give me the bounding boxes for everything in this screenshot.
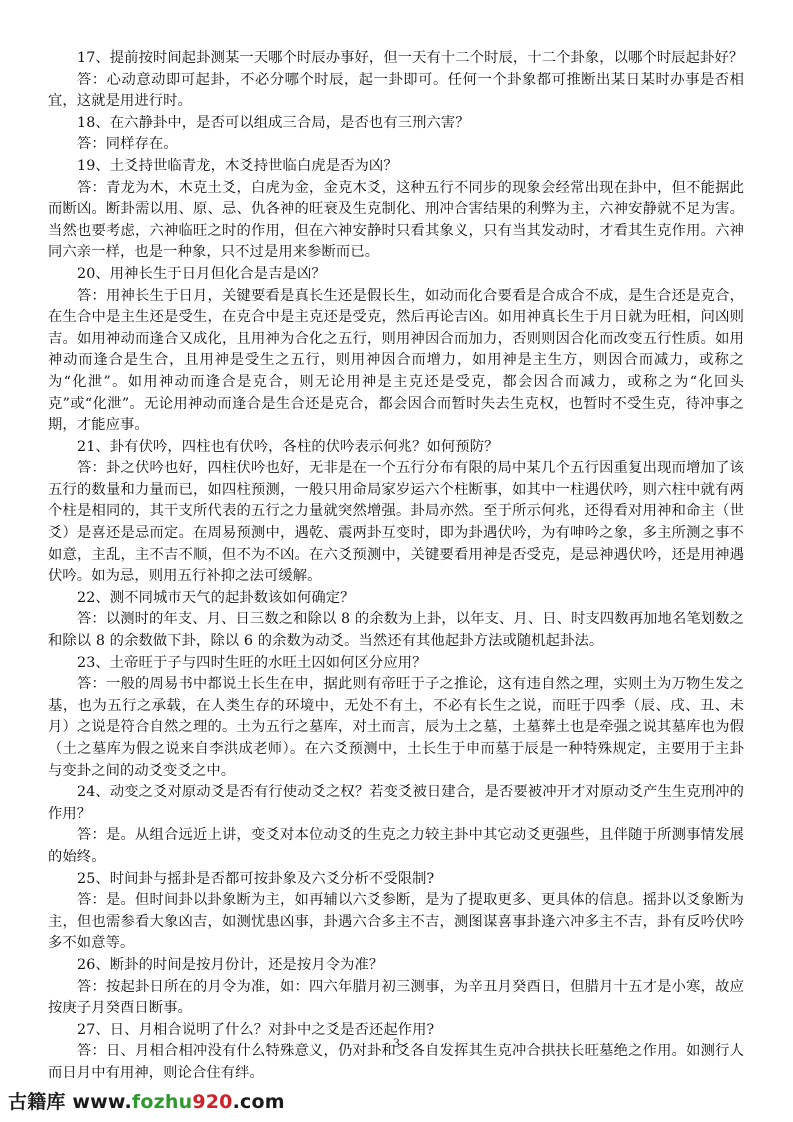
- question-20: 20、用神长生于日月但化合是吉是凶？: [48, 264, 744, 286]
- question-18: 18、在六静卦中，是否可以组成三合局，是否也有三刑六害？: [48, 113, 744, 135]
- document-page: 17、提前按时间起卦测某一天哪个时辰办事好，但一天有十二个时辰，十二个卦象，以哪…: [48, 48, 744, 1085]
- site-watermark: 古籍库 www.fozhu920.com: [8, 1087, 285, 1114]
- answer-25: 答：是。但时间卦以卦象断为主，如再辅以六爻参断，是为了提取更多、更具体的信息。摇…: [48, 890, 744, 955]
- question-23: 23、土帝旺于子与四时生旺的水旺土囚如何区分应用？: [48, 653, 744, 675]
- watermark-red-part: 920: [192, 1091, 232, 1113]
- question-21: 21、卦有伏吟，四柱也有伏吟，各柱的伏吟表示何兆？如何预防？: [48, 437, 744, 459]
- question-25: 25、时间卦与摇卦是否都可按卦象及六爻分析不受限制?: [48, 869, 744, 891]
- answer-19: 答：青龙为木，木克土爻，白虎为金，金克木爻，这种五行不同步的现象会经常出现在卦中…: [48, 178, 744, 264]
- answer-17: 答：心动意动即可起卦，不必分哪个时辰，起一卦即可。任何一个卦象都可推断出某日某时…: [48, 70, 744, 113]
- question-22: 22、测不同城市天气的起卦数该如何确定？: [48, 588, 744, 610]
- watermark-green-part: fozhu: [132, 1091, 192, 1113]
- answer-21: 答：卦之伏吟也好，四柱伏吟也好，无非是在一个五行分布有限的局中某几个五行因重复出…: [48, 458, 744, 588]
- answer-18: 答：同样存在。: [48, 134, 744, 156]
- watermark-prefix: 古籍库 www.: [8, 1091, 132, 1113]
- answer-24: 答：是。从组合远近上讲，变爻对本位动爻的生克之力较主卦中其它动爻更强些，且伴随于…: [48, 825, 744, 868]
- answer-23: 答：一般的周易书中都说土长生在申，据此则有帝旺于子之推论，这有违自然之理，实则土…: [48, 674, 744, 782]
- answer-22: 答：以测时的年支、月、日三数之和除以 8 的余数为上卦，以年支、月、日、时支四数…: [48, 609, 744, 652]
- question-17: 17、提前按时间起卦测某一天哪个时辰办事好，但一天有十二个时辰，十二个卦象，以哪…: [48, 48, 744, 70]
- answer-26: 答：按起卦日所在的月令为准，如：四六年腊月初三测事，为辛丑月癸酉日，但腊月十五才…: [48, 977, 744, 1020]
- answer-20: 答：用神长生于日月，关键要看是真长生还是假长生，如动而化合要看是合成合不成，是生…: [48, 286, 744, 437]
- question-19: 19、土爻持世临青龙，木爻持世临白虎是否为凶？: [48, 156, 744, 178]
- question-26: 26、断卦的时间是按月份计，还是按月令为准？: [48, 955, 744, 977]
- page-number: 3: [0, 1035, 793, 1051]
- question-24: 24、动变之爻对原动爻是否有行使动爻之权？若变爻被日建合，是否要被冲开才对原动爻…: [48, 782, 744, 825]
- watermark-suffix: .com: [233, 1091, 285, 1113]
